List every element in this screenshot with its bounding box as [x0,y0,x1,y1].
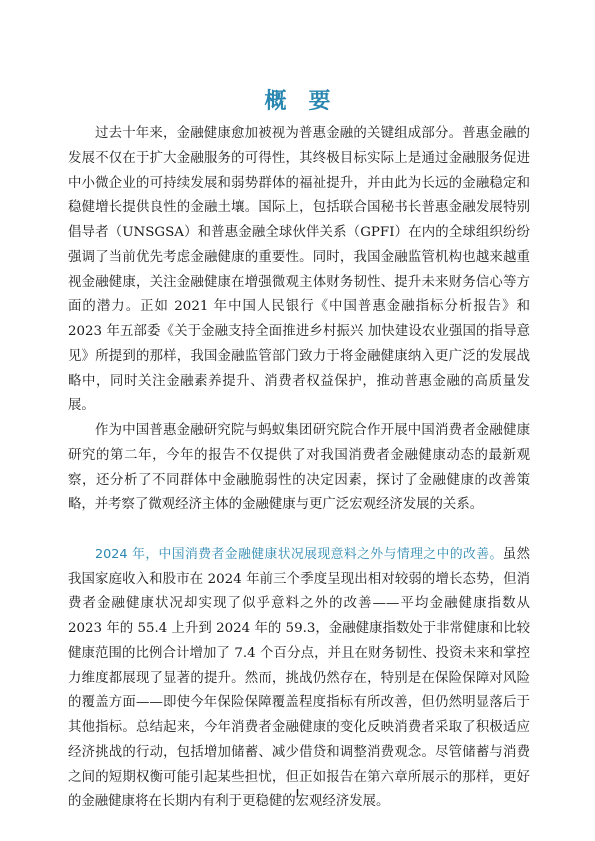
page-title: 概要 [0,84,595,115]
page-number: I [0,788,595,799]
paragraph-intro: 过去十年来，金融健康愈加被视为普惠金融的关键组成部分。普惠金融的发展不仅在于扩大… [68,122,530,419]
paragraph-2024-findings: 2024 年，中国消费者金融健康状况展现意料之外与情理之中的改善。虽然我国家庭收… [68,543,530,815]
paragraph-report-scope: 作为中国普惠金融研究院与蚂蚁集团研究院合作开展中国消费者金融健康研究的第二年，今… [68,419,530,518]
document-body: 过去十年来，金融健康愈加被视为普惠金融的关键组成部分。普惠金融的发展不仅在于扩大… [68,122,530,815]
highlight-heading: 2024 年，中国消费者金融健康状况展现意料之外与情理之中的改善。 [95,547,503,562]
findings-text: 虽然我国家庭收入和股市在 2024 年前三个季度呈现出相对较弱的增长态势，但消费… [68,547,530,810]
